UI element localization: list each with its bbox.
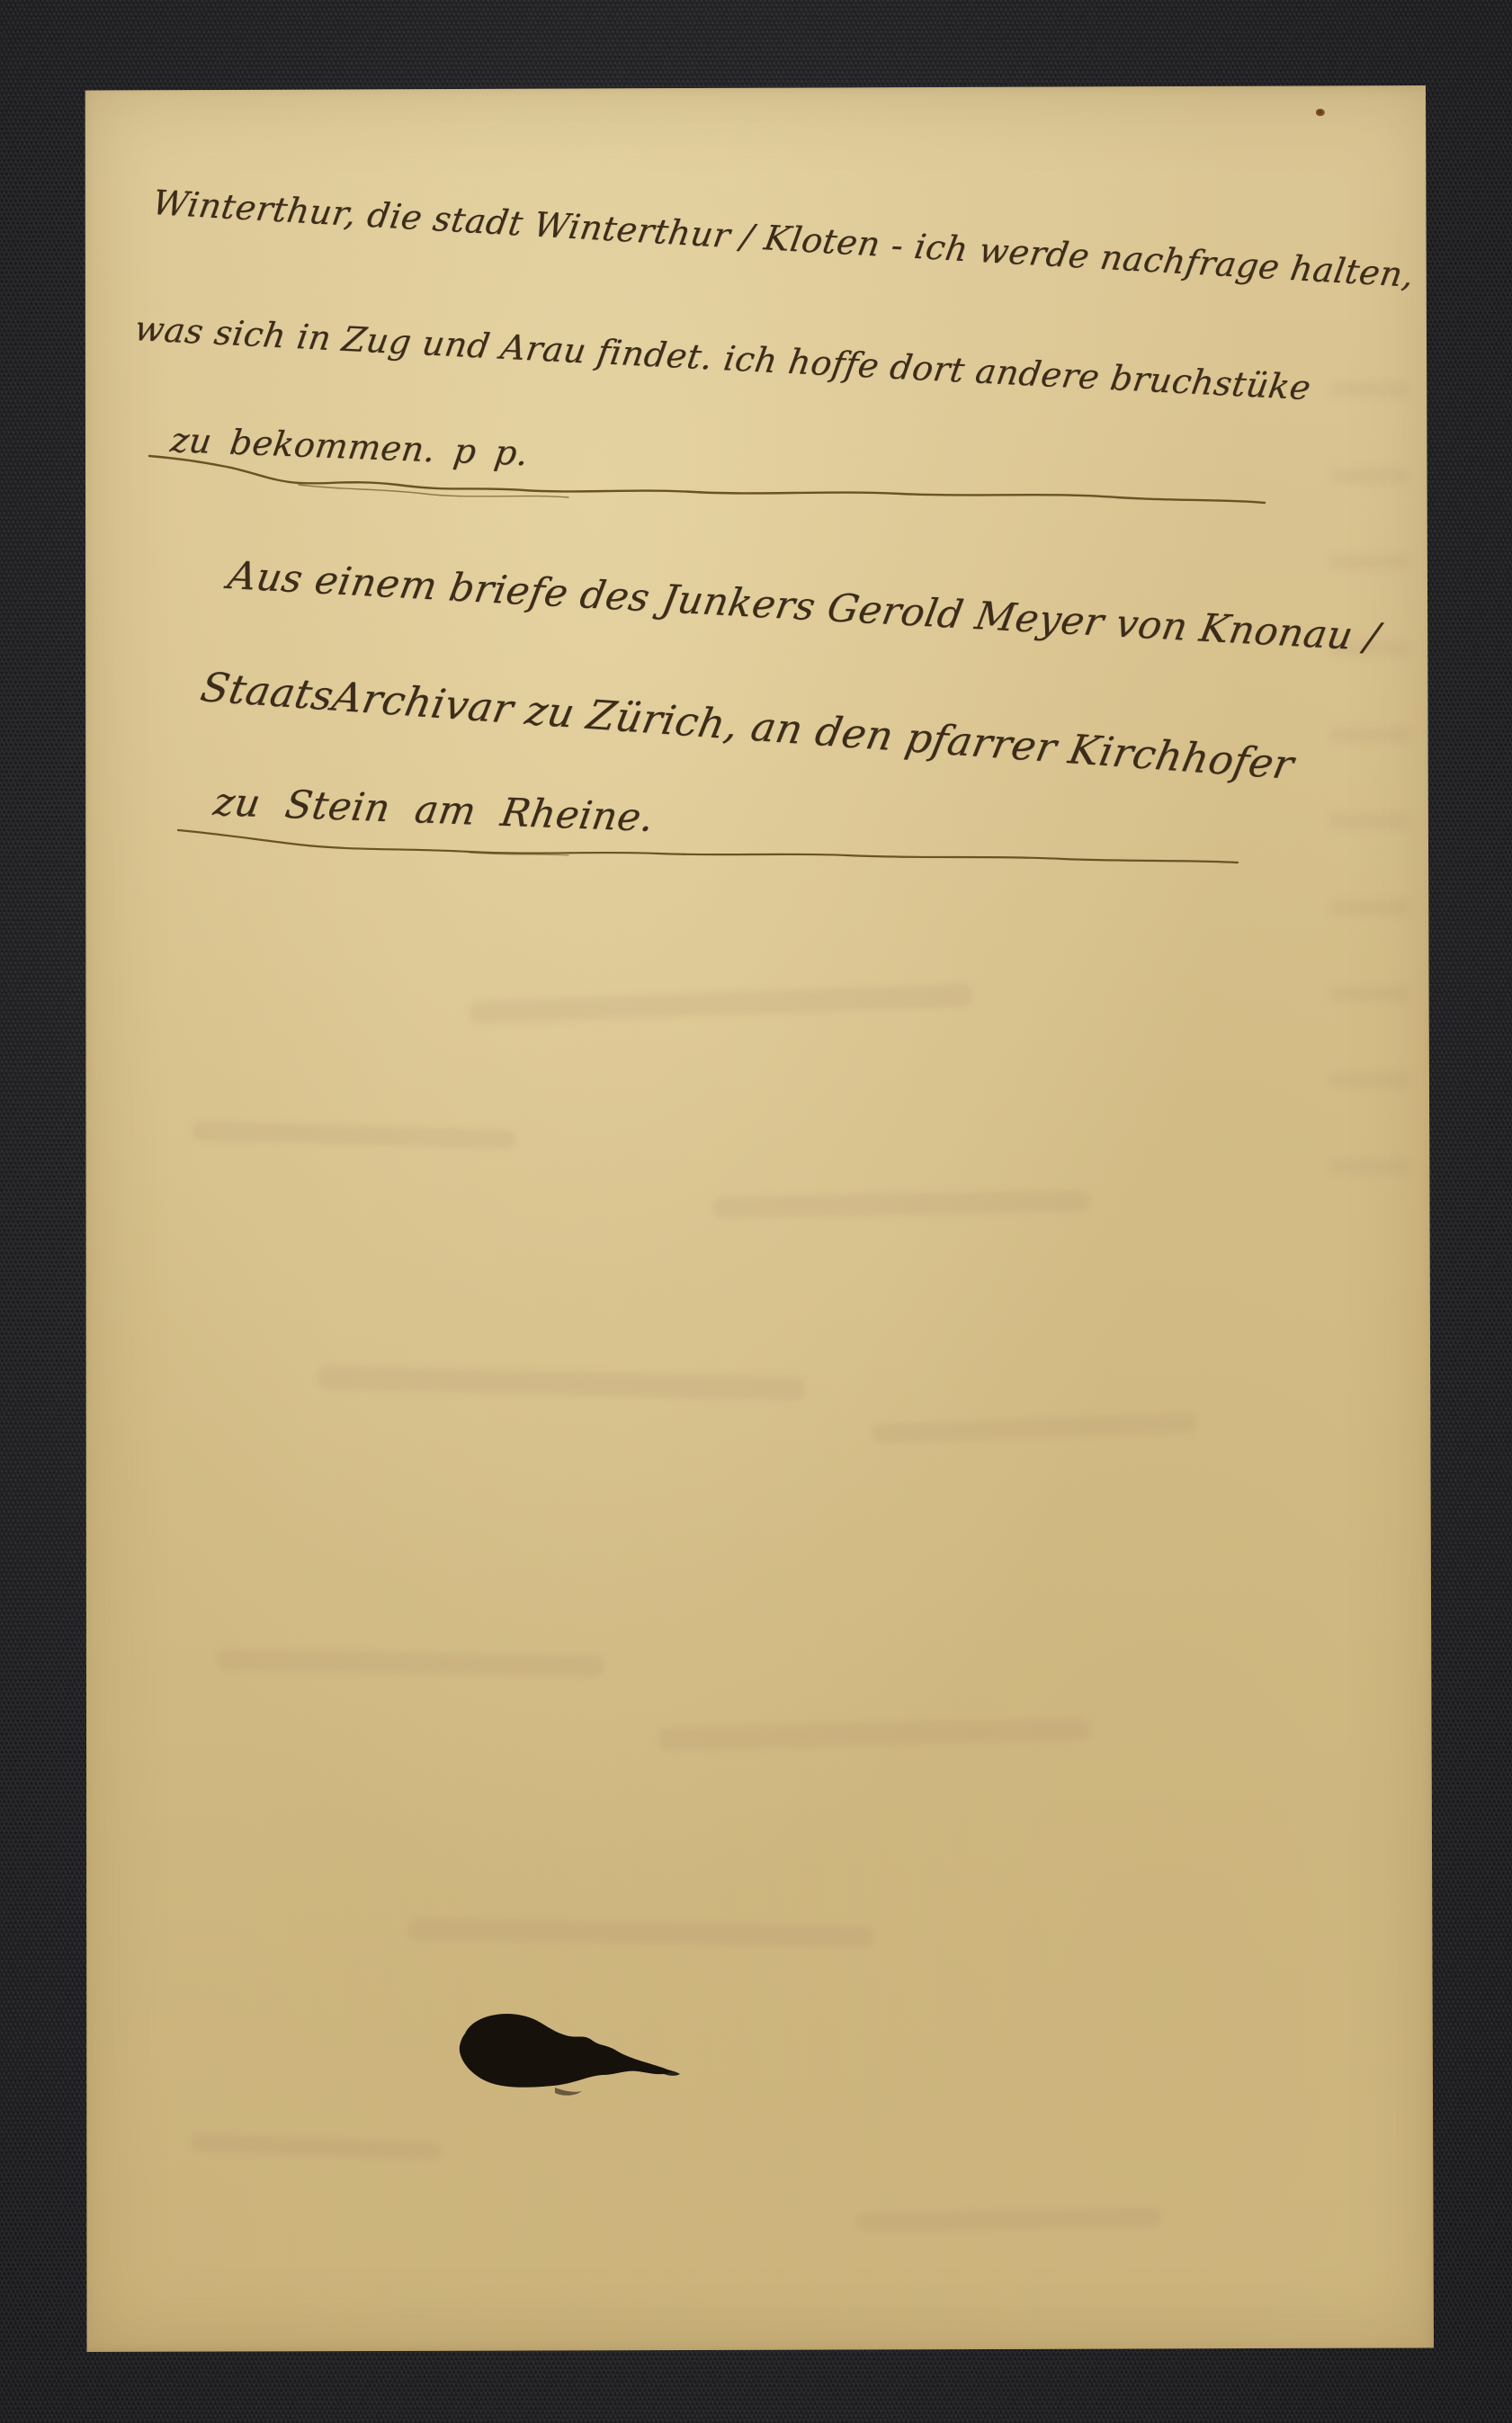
- fabric-background: Winterthur, die stadt Winterthur / Klote…: [0, 0, 1512, 2423]
- ink-bleed-through: [191, 2133, 443, 2160]
- handwritten-line-1: Winterthur, die stadt Winterthur / Klote…: [149, 183, 1417, 294]
- handwritten-line-6: zu Stein am Rheine.: [210, 780, 658, 841]
- ink-bleed-through: [407, 1918, 874, 1947]
- handwritten-line-5: StaatsArchivar zu Zürich, an den pfarrer…: [197, 663, 1298, 788]
- handwritten-line-4: Aus einem briefe des Junkers Gerold Meye…: [225, 553, 1383, 660]
- ink-bleed-through: [872, 1413, 1197, 1444]
- ink-blot: [447, 2007, 683, 2115]
- ink-bleed-through: [712, 1190, 1090, 1218]
- ink-bleed-through: [856, 2207, 1162, 2232]
- handwritten-line-3: zu bekommen. p p.: [168, 420, 532, 473]
- ink-bleed-through: [658, 1717, 1090, 1751]
- ink-bleed-through-margin: [1331, 382, 1409, 1210]
- ink-bleed-through: [218, 1649, 604, 1677]
- foxing-dot: [1316, 109, 1325, 116]
- ink-bleed-through: [318, 1365, 804, 1400]
- ink-bleed-through: [192, 1121, 516, 1149]
- ink-bleed-through: [470, 983, 974, 1024]
- manuscript-page: Winterthur, die stadt Winterthur / Klote…: [83, 85, 1434, 2352]
- handwritten-line-2: was sich in Zug und Arau findet. ich hof…: [132, 308, 1314, 407]
